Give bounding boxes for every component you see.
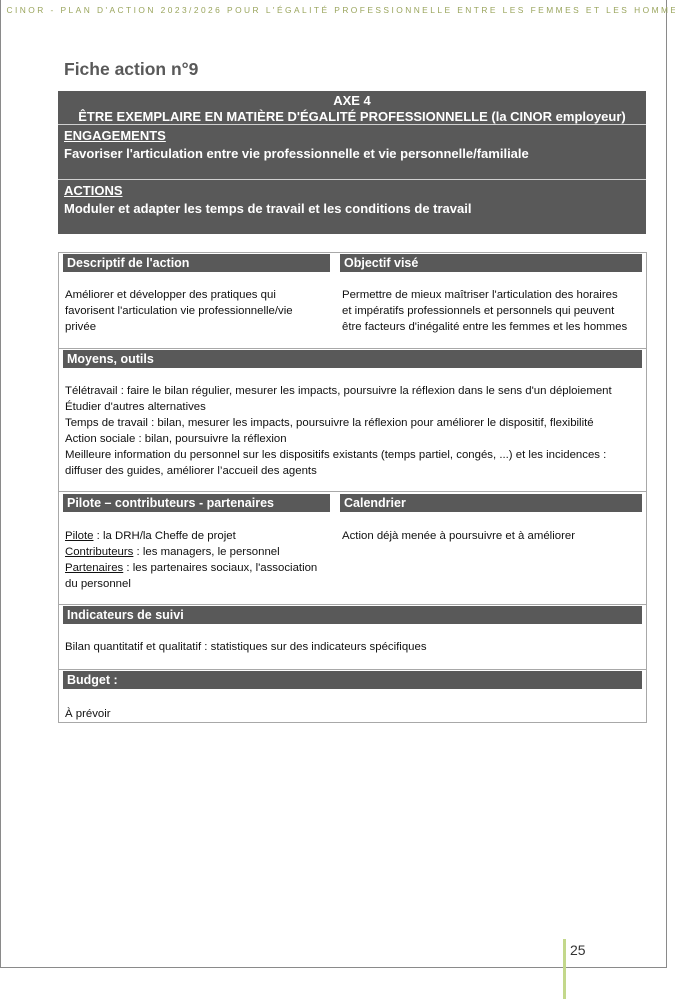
- actions-label: ACTIONS: [64, 182, 640, 200]
- budget-heading: Budget :: [63, 671, 642, 689]
- objectif-line: être facteurs d'inégalité entre les femm…: [342, 319, 627, 335]
- actions-section: ACTIONS Moduler et adapter les temps de …: [58, 180, 646, 234]
- moyens-line: diffuser des guides, améliorer l’accueil…: [65, 463, 612, 479]
- partenaires-value-cont: du personnel: [65, 576, 317, 592]
- divider: [59, 491, 646, 492]
- engagements-label: ENGAGEMENTS: [64, 127, 640, 145]
- engagements-text: Favoriser l'articulation entre vie profe…: [64, 146, 529, 161]
- contributeurs-label: Contributeurs: [65, 546, 133, 558]
- objectif-heading: Objectif visé: [340, 254, 642, 272]
- contributeurs-value: : les managers, le personnel: [133, 546, 279, 558]
- action-detail-table: Descriptif de l'action Objectif visé Amé…: [58, 252, 647, 723]
- indicateurs-text: Bilan quantitatif et qualitatif : statis…: [65, 639, 427, 655]
- pilote-heading: Pilote – contributeurs - partenaires: [63, 494, 330, 512]
- divider: [59, 604, 646, 605]
- objectif-text: Permettre de mieux maîtriser l'articulat…: [342, 287, 627, 335]
- running-header: CINOR - PLAN D'ACTION 2023/2026 POUR L'É…: [0, 5, 675, 15]
- objectif-line: et impératifs professionnels et personne…: [342, 303, 627, 319]
- partenaires-label: Partenaires: [65, 562, 123, 574]
- descriptif-heading: Descriptif de l'action: [63, 254, 330, 272]
- moyens-line: Temps de travail : bilan, mesurer les im…: [65, 415, 612, 431]
- pilote-value: : la DRH/la Cheffe de projet: [94, 530, 236, 542]
- objectif-line: Permettre de mieux maîtriser l'articulat…: [342, 287, 627, 303]
- indicateurs-heading: Indicateurs de suivi: [63, 606, 642, 624]
- page-number: 25: [570, 942, 586, 958]
- divider: [59, 669, 646, 670]
- budget-text: À prévoir: [65, 706, 111, 722]
- axe-header: AXE 4 ÊTRE EXEMPLAIRE EN MATIÈRE D'ÉGALI…: [58, 91, 646, 125]
- footer-accent-line: [563, 939, 566, 999]
- descriptif-line: privée: [65, 319, 293, 335]
- moyens-line: Étudier d'autres alternatives: [65, 399, 612, 415]
- axe-box: AXE 4 ÊTRE EXEMPLAIRE EN MATIÈRE D'ÉGALI…: [58, 91, 646, 234]
- moyens-line: Action sociale : bilan, poursuivre la ré…: [65, 431, 612, 447]
- calendrier-heading: Calendrier: [340, 494, 642, 512]
- actions-text: Moduler et adapter les temps de travail …: [64, 201, 471, 216]
- axe-title: ÊTRE EXEMPLAIRE EN MATIÈRE D'ÉGALITÉ PRO…: [58, 109, 646, 125]
- contributeurs-line: Contributeurs : les managers, le personn…: [65, 544, 317, 560]
- pilote-text: Pilote : la DRH/la Cheffe de projet Cont…: [65, 528, 317, 592]
- calendrier-text: Action déjà menée à poursuivre et à amél…: [342, 528, 575, 544]
- partenaires-value: : les partenaires sociaux, l'association: [123, 562, 317, 574]
- partenaires-line: Partenaires : les partenaires sociaux, l…: [65, 560, 317, 576]
- axe-number: AXE 4: [58, 93, 646, 109]
- pilote-line: Pilote : la DRH/la Cheffe de projet: [65, 528, 317, 544]
- divider: [59, 348, 646, 349]
- moyens-heading: Moyens, outils: [63, 350, 642, 368]
- page-title: Fiche action n°9: [64, 59, 198, 80]
- moyens-line: Télétravail : faire le bilan régulier, m…: [65, 383, 612, 399]
- descriptif-line: favorisent l'articulation vie profession…: [65, 303, 293, 319]
- descriptif-line: Améliorer et développer des pratiques qu…: [65, 287, 293, 303]
- engagements-section: ENGAGEMENTS Favoriser l'articulation ent…: [58, 125, 646, 180]
- moyens-text: Télétravail : faire le bilan régulier, m…: [65, 383, 612, 479]
- pilote-label: Pilote: [65, 530, 94, 542]
- moyens-line: Meilleure information du personnel sur l…: [65, 447, 612, 463]
- descriptif-text: Améliorer et développer des pratiques qu…: [65, 287, 293, 335]
